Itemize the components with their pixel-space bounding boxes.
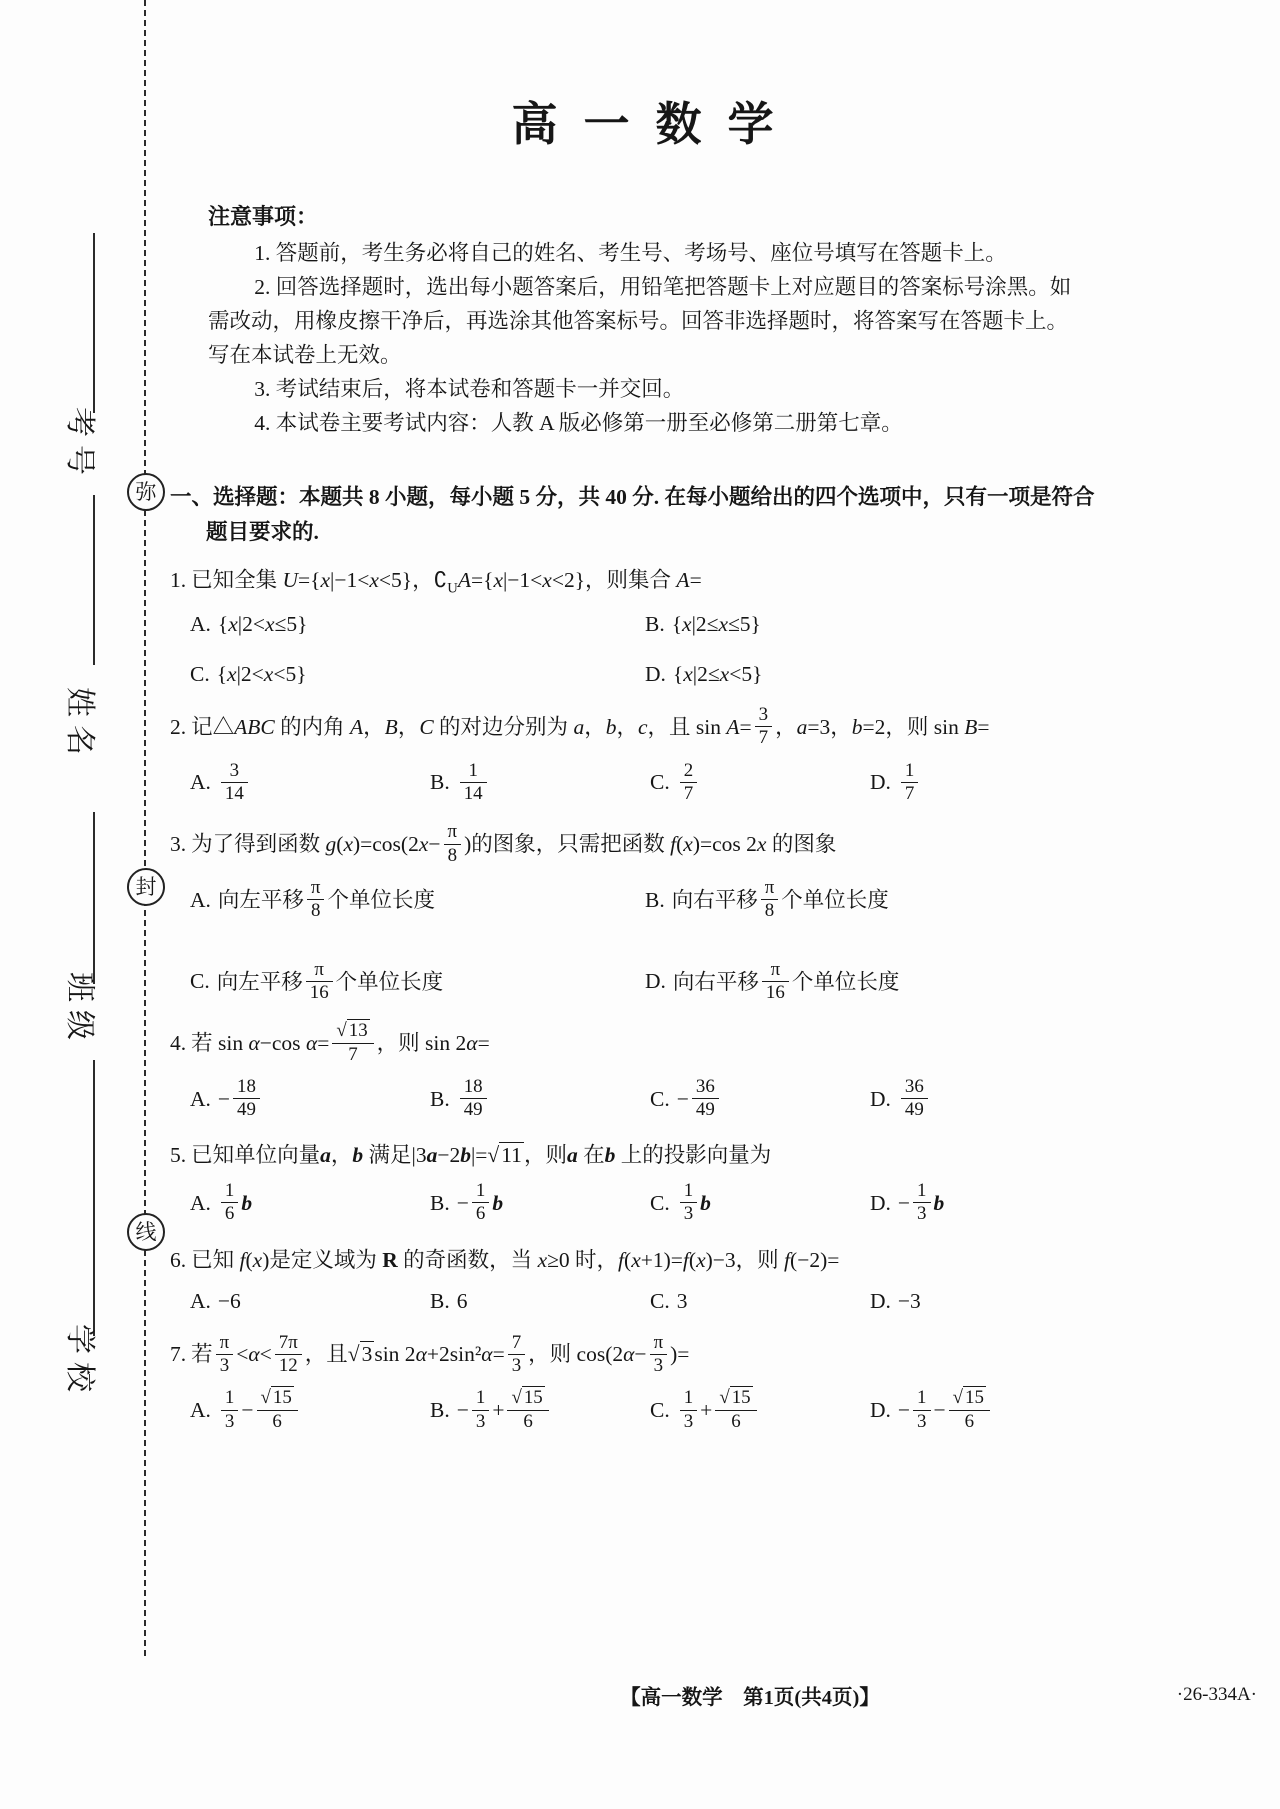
option-label: A. (190, 1398, 211, 1422)
label-exam-number: 考号 (65, 398, 105, 492)
question-number: 7. (170, 1342, 186, 1366)
option-label: A. (190, 770, 211, 794)
options-grid: A.13−√156B.−13+√156C.13+√156D.−13−√156 (190, 1387, 1115, 1437)
option-label: D. (870, 1191, 891, 1215)
question-stem: 记△ABC 的内角 A，B，C 的对边分别为 a，b，c，且 sin A=37，… (191, 715, 989, 739)
question-stem: 已知 f(x)是定义域为 R 的奇函数，当 x≥0 时，f(x+1)=f(x)−… (191, 1248, 839, 1272)
option-label: D. (645, 969, 666, 993)
options-grid: A.−1849B.1849C.−3649D.3649 (190, 1076, 1115, 1126)
options-grid: A.−6B.6C.3D.−3 (190, 1284, 1115, 1319)
option-B: B.−16b (430, 1180, 650, 1230)
question-stem: 已知单位向量a，b 满足|3a−2b|=√11，则a 在b 上的投影向量为 (191, 1142, 771, 1167)
question-number: 5. (170, 1143, 186, 1167)
option-label: C. (650, 1087, 670, 1111)
option-label: A. (190, 612, 211, 636)
option-label: D. (870, 770, 891, 794)
option-label: D. (645, 662, 666, 686)
seal-char-feng: 封 (127, 868, 165, 906)
option-B: B.向右平移π8个单位长度 (645, 877, 1115, 927)
option-B: B.6 (430, 1284, 650, 1319)
notice-block: 注意事项： 1. 答题前，考生务必将自己的姓名、考生号、考场号、座位号填写在答题… (208, 200, 1083, 440)
question: 3.为了得到函数 g(x)=cos(2x−π8)的图象，只需把函数 f(x)=c… (170, 821, 1115, 1008)
question: 5.已知单位向量a，b 满足|3a−2b|=√11，则a 在b 上的投影向量为 … (170, 1137, 1115, 1229)
question-head: 6.已知 f(x)是定义域为 R 的奇函数，当 x≥0 时，f(x+1)=f(x… (170, 1242, 1115, 1279)
seal-char-mi: 弥 (127, 473, 165, 511)
option-D: D.17 (870, 760, 1115, 810)
option-label: A. (190, 1087, 211, 1111)
option-label: D. (870, 1087, 891, 1111)
paper-code: ·26-334A· (1177, 1684, 1257, 1706)
question-head: 3.为了得到函数 g(x)=cos(2x−π8)的图象，只需把函数 f(x)=c… (170, 821, 1115, 871)
options-grid: A.{x|2<x≤5}B.{x|2≤x≤5}C.{x|2<x<5}D.{x|2≤… (190, 607, 1115, 692)
option-A: A.314 (190, 760, 430, 810)
option-label: C. (190, 662, 210, 686)
option-label: D. (870, 1398, 891, 1422)
exam-paper-page: 考号 姓名 班级 学校 弥 封 线 高一数学 注意事项： 1. 答题前，考生务必… (0, 0, 1280, 1809)
question-number: 4. (170, 1031, 186, 1055)
option-label: B. (645, 888, 665, 912)
label-name: 姓名 (65, 678, 105, 772)
page-number-footer: 【高一数学 第1页(共4页)】 (520, 1680, 980, 1710)
blank-line-exam-number (93, 233, 95, 413)
question: 1.已知全集 U={x|−1<x<5}，∁UA={x|−1<x<2}，则集合 A… (170, 562, 1115, 692)
question-stem: 已知全集 U={x|−1<x<5}，∁UA={x|−1<x<2}，则集合 A= (191, 568, 702, 592)
option-label: B. (430, 1087, 450, 1111)
seal-dashed-line (144, 0, 146, 1656)
question-head: 4.若 sin α−cos α=√137，则 sin 2α= (170, 1020, 1115, 1070)
option-D: D.−13−√156 (870, 1387, 1115, 1437)
blank-line-school (93, 1060, 95, 1336)
option-B: B.114 (430, 760, 650, 810)
option-A: A.向左平移π8个单位长度 (190, 877, 645, 927)
option-label: B. (430, 1289, 450, 1313)
main-content: 高一数学 注意事项： 1. 答题前，考生务必将自己的姓名、考生号、考场号、座位号… (170, 0, 1115, 1449)
option-D: D.−3 (870, 1284, 1115, 1319)
question-stem: 为了得到函数 g(x)=cos(2x−π8)的图象，只需把函数 f(x)=cos… (191, 832, 836, 856)
option-C: C.−3649 (650, 1076, 870, 1126)
option-label: A. (190, 888, 211, 912)
page-title: 高一数学 (170, 88, 1115, 154)
blank-line-class (93, 812, 95, 984)
label-class: 班级 (65, 963, 105, 1057)
question-number: 6. (170, 1248, 186, 1272)
notice-heading: 注意事项： (208, 200, 1083, 234)
option-C: C.27 (650, 760, 870, 810)
option-label: D. (870, 1289, 891, 1313)
option-D: D.−13b (870, 1180, 1115, 1230)
option-label: A. (190, 1289, 211, 1313)
question-stem: 若π3<α<7π12，且√3sin 2α+2sin²α=73，则 cos(2α−… (191, 1342, 689, 1366)
option-A: A.−1849 (190, 1076, 430, 1126)
question: 6.已知 f(x)是定义域为 R 的奇函数，当 x≥0 时，f(x+1)=f(x… (170, 1242, 1115, 1320)
question-head: 1.已知全集 U={x|−1<x<5}，∁UA={x|−1<x<2}，则集合 A… (170, 562, 1115, 601)
question-head: 2.记△ABC 的内角 A，B，C 的对边分别为 a，b，c，且 sin A=3… (170, 704, 1115, 754)
option-C: C.3 (650, 1284, 870, 1319)
option-label: C. (650, 1289, 670, 1313)
options-grid: A.16bB.−16bC.13bD.−13b (190, 1180, 1115, 1230)
option-label: C. (650, 1398, 670, 1422)
option-D: D.向右平移π16个单位长度 (645, 959, 1115, 1009)
question-number: 3. (170, 832, 186, 856)
option-A: A.−6 (190, 1284, 430, 1319)
question: 2.记△ABC 的内角 A，B，C 的对边分别为 a，b，c，且 sin A=3… (170, 704, 1115, 809)
blank-line-name (93, 495, 95, 665)
option-A: A.16b (190, 1180, 430, 1230)
option-C: C.13+√156 (650, 1387, 870, 1437)
question-stem: 若 sin α−cos α=√137，则 sin 2α= (191, 1031, 490, 1055)
question-head: 7.若π3<α<7π12，且√3sin 2α+2sin²α=73，则 cos(2… (170, 1332, 1115, 1382)
option-C: C.向左平移π16个单位长度 (190, 959, 645, 1009)
question: 7.若π3<α<7π12，且√3sin 2α+2sin²α=73，则 cos(2… (170, 1332, 1115, 1437)
option-label: A. (190, 1191, 211, 1215)
option-A: A.{x|2<x≤5} (190, 607, 645, 642)
option-label: C. (650, 1191, 670, 1215)
seal-char-xian: 线 (127, 1213, 165, 1251)
notice-item: 1. 答题前，考生务必将自己的姓名、考生号、考场号、座位号填写在答题卡上。 (208, 236, 1083, 270)
option-D: D.{x|2≤x<5} (645, 657, 1115, 692)
option-D: D.3649 (870, 1076, 1115, 1126)
options-grid: A.向左平移π8个单位长度B.向右平移π8个单位长度C.向左平移π16个单位长度… (190, 877, 1115, 1008)
question-number: 1. (170, 568, 186, 592)
option-label: B. (430, 1398, 450, 1422)
option-label: B. (430, 1191, 450, 1215)
option-A: A.13−√156 (190, 1387, 430, 1437)
option-label: C. (650, 770, 670, 794)
notice-item: 2. 回答选择题时，选出每小题答案后，用铅笔把答题卡上对应题目的答案标号涂黑。如… (208, 270, 1083, 372)
question-number: 2. (170, 715, 186, 739)
questions-list: 1.已知全集 U={x|−1<x<5}，∁UA={x|−1<x<2}，则集合 A… (170, 562, 1115, 1437)
option-C: C.{x|2<x<5} (190, 657, 645, 692)
options-grid: A.314B.114C.27D.17 (190, 760, 1115, 810)
notice-item: 3. 考试结束后，将本试卷和答题卡一并交回。 (208, 372, 1083, 406)
option-C: C.13b (650, 1180, 870, 1230)
notice-item: 4. 本试卷主要考试内容：人教 A 版必修第一册至必修第二册第七章。 (208, 406, 1083, 440)
question-head: 5.已知单位向量a，b 满足|3a−2b|=√11，则a 在b 上的投影向量为 (170, 1137, 1115, 1174)
option-B: B.1849 (430, 1076, 650, 1126)
section-heading: 一、选择题：本题共 8 小题，每小题 5 分，共 40 分. 在每小题给出的四个… (170, 480, 1115, 550)
option-label: C. (190, 969, 210, 993)
option-B: B.{x|2≤x≤5} (645, 607, 1115, 642)
label-school: 学校 (65, 1315, 105, 1409)
question: 4.若 sin α−cos α=√137，则 sin 2α= A.−1849B.… (170, 1020, 1115, 1125)
option-label: B. (645, 612, 665, 636)
option-label: B. (430, 770, 450, 794)
option-B: B.−13+√156 (430, 1387, 650, 1437)
